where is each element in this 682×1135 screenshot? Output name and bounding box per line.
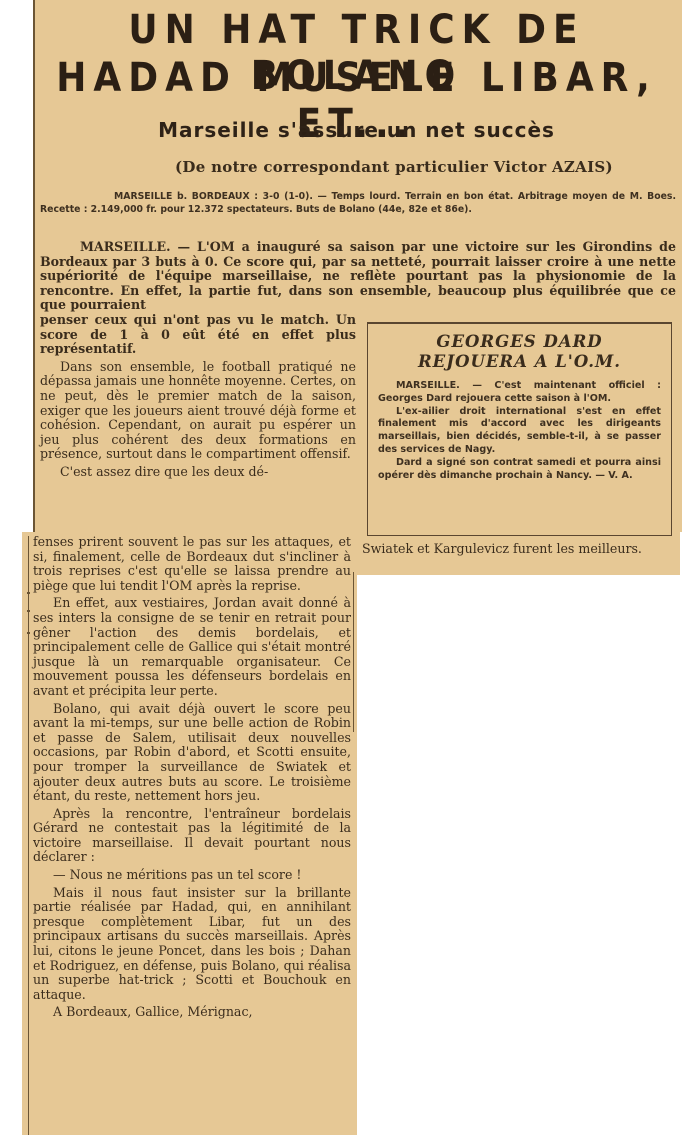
- sidebar-paragraph: MARSEILLE. — C'est maintenant officiel :…: [378, 380, 661, 406]
- paragraph: fenses prirent souvent le pas sur les at…: [33, 535, 351, 593]
- bottom-column: fenses prirent souvent le pas sur les at…: [33, 535, 351, 1020]
- subheadline: Marseille s'assure un net succès: [33, 118, 680, 142]
- paragraph: penser ceux qui n'ont pas vu le match. U…: [40, 313, 356, 357]
- left-column: penser ceux qui n'ont pas vu le match. U…: [40, 313, 356, 480]
- paragraph: — Nous ne méritions pas un tel score !: [33, 868, 351, 883]
- sidebar-body: MARSEILLE. — C'est maintenant officiel :…: [378, 380, 661, 482]
- paragraph: Dans son ensemble, le football pratiqué …: [40, 360, 356, 462]
- continuation-paragraph: Swiatek et Kargulevicz furent les meille…: [362, 542, 672, 557]
- paragraph: En effet, aux vestiaires, Jordan avait d…: [33, 596, 351, 698]
- sidebar-box: GEORGES DARD REJOUERA A L'O.M. MARSEILLE…: [367, 322, 672, 536]
- paragraph: C'est assez dire que les deux dé-: [40, 465, 356, 480]
- lead-text: MARSEILLE. — L'OM a inauguré sa saison p…: [40, 240, 676, 313]
- sidebar-title-line-2: REJOUERA A L'O.M.: [378, 352, 661, 372]
- match-summary-text: MARSEILLE b. BORDEAUX : 3-0 (1-0). — Tem…: [40, 191, 676, 215]
- continuation-text: Swiatek et Kargulevicz furent les meille…: [362, 542, 672, 557]
- paragraph: Bolano, qui avait déjà ouvert le score p…: [33, 702, 351, 804]
- match-summary: MARSEILLE b. BORDEAUX : 3-0 (1-0). — Tem…: [40, 191, 676, 216]
- margin-mark: [27, 592, 30, 594]
- paragraph: A Bordeaux, Gallice, Mérignac,: [33, 1005, 351, 1020]
- byline: (De notre correspondant particulier Vict…: [175, 158, 613, 176]
- sidebar-paragraph: L'ex-ailier droit international s'est en…: [378, 406, 661, 457]
- paragraph: Mais il nous faut insister sur la brilla…: [33, 886, 351, 1003]
- lead-paragraph: MARSEILLE. — L'OM a inauguré sa saison p…: [40, 240, 676, 313]
- sidebar-title-line-1: GEORGES DARD: [378, 332, 661, 352]
- margin-mark: [27, 632, 30, 634]
- paragraph: Après la rencontre, l'entraîneur bordela…: [33, 807, 351, 865]
- sidebar-paragraph: Dard a signé son contrat samedi et pourr…: [378, 457, 661, 483]
- margin-mark: [27, 610, 30, 612]
